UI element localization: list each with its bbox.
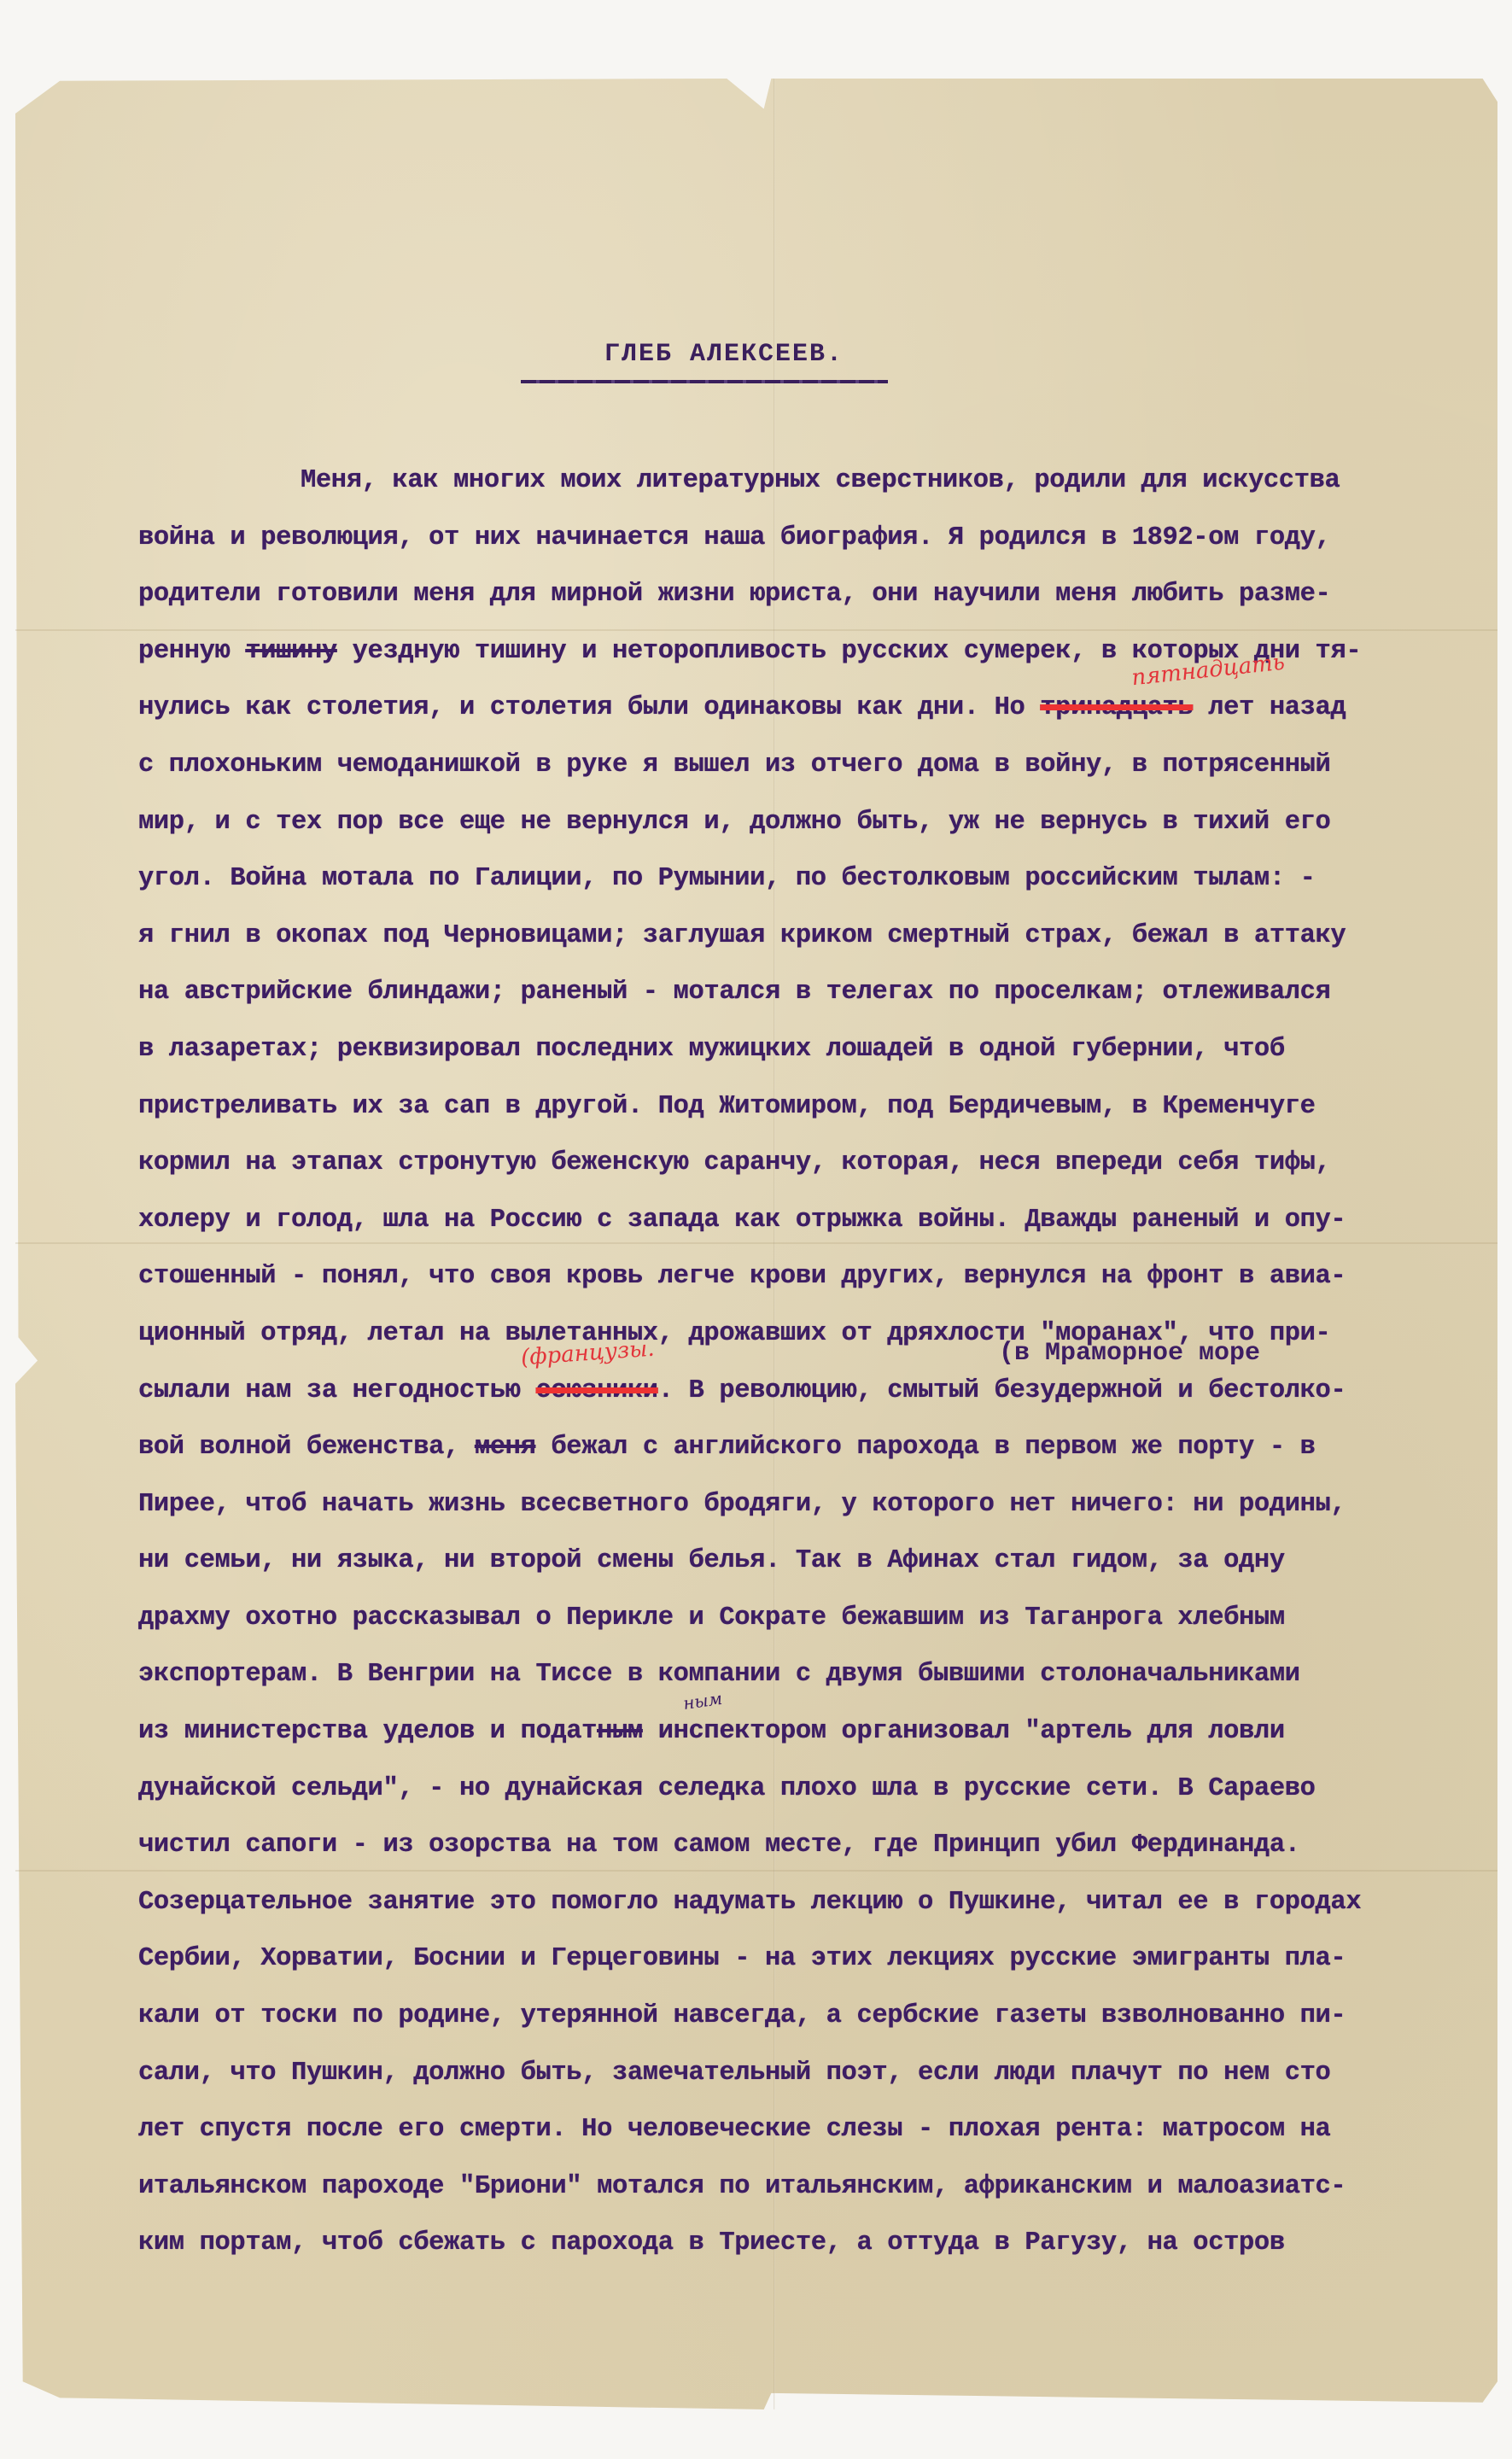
text-segment: бежал с английского парохода в первом же… [536,1433,1316,1462]
text-line: драхму охотно рассказывал о Перикле и Со… [138,1590,1470,1647]
text-line-with-strike: из министерства уделов и податным инспек… [138,1703,1470,1761]
text-line: экспортерам. В Венгрии на Тиссе в компан… [138,1646,1470,1703]
text-line: холеру и голод, шла на Россию с запада к… [138,1192,1470,1249]
text-line: с плохоньким чемоданишкой в руке я вышел… [138,737,1470,794]
text-segment: . В революцию, смытый безудержной и бест… [658,1376,1346,1405]
text-line: мир, и с тех пор все еще не вернулся и, … [138,794,1470,851]
text-segment: вой волной беженства, [138,1433,475,1462]
text-line: кали от тоски по родине, утерянной навсе… [138,1988,1470,2045]
text-line: итальянском пароходе "Бриони" мотался по… [138,2158,1470,2216]
text-line: война и революция, от них начинается наш… [138,510,1470,567]
text-line: родители готовили меня для мирной жизни … [138,566,1470,623]
text-segment: из министерства уделов и подат [138,1717,597,1746]
text-line: ким портам, чтоб сбежать с парохода в Тр… [138,2215,1470,2272]
text-segment: сылали нам за негодностью [138,1376,535,1405]
text-line: я гнил в окопах под Черновицами; заглуша… [138,908,1470,965]
text-line: лет спустя после его смерти. Но человече… [138,2101,1470,2158]
document-title: ГЛЕБ АЛЕКСЕЕВ. [604,340,844,369]
text-segment: лет назад [1193,693,1346,722]
text-line-with-strike: нулись как столетия, и столетия были оди… [138,680,1470,737]
text-line: пристреливать их за сап в другой. Под Жи… [138,1078,1470,1136]
text-line: на австрийские блиндажи; раненый - мотал… [138,964,1470,1021]
text-line: ционный отряд, летал на вылетанных, дрож… [138,1305,1470,1363]
title-underline [521,380,888,383]
struck-word: ным [597,1717,643,1746]
text-line: Меня, как многих моих литературных сверс… [138,453,1470,510]
struck-word-red: союзники [535,1376,657,1405]
text-line: сали, что Пушкин, должно быть, замечател… [138,2045,1470,2102]
text-line: Пирее, чтоб начать жизнь всесветного бро… [138,1476,1470,1533]
document-body: Меня, как многих моих литературных сверс… [138,453,1470,2272]
struck-word-red: тринадцать [1040,693,1193,722]
text-line: в лазаретах; реквизировал последних мужи… [138,1021,1470,1078]
text-line: стошенный - понял, что своя кровь легче … [138,1248,1470,1305]
text-line: Сербии, Хорватии, Боснии и Герцеговины -… [138,1930,1470,1988]
text-line: ни семьи, ни языка, ни второй смены бель… [138,1533,1470,1590]
text-line: дунайской сельди", - но дунайская селедк… [138,1761,1470,1818]
struck-word: меня [475,1433,536,1462]
ink-insertion-marmara: (в Мраморное море [999,1339,1260,1368]
text-line: Созерцательное занятие это помогло надум… [138,1874,1470,1931]
text-line: чистил сапоги - из озорства на том самом… [138,1817,1470,1874]
text-line: угол. Война мотала по Галиции, по Румыни… [138,850,1470,908]
text-segment: инспектором организовал "артель для ловл… [643,1717,1285,1746]
text-segment: нулись как столетия, и столетия были оди… [138,693,1040,722]
text-segment: ренную [138,637,245,666]
text-line: кормил на этапах стронутую беженскую сар… [138,1135,1470,1192]
text-line-with-strike: сылали нам за негодностью союзники. В ре… [138,1363,1470,1420]
struck-word: тишину [245,637,336,666]
text-line-with-strike: вой волной беженства, меня бежал с англи… [138,1419,1470,1476]
